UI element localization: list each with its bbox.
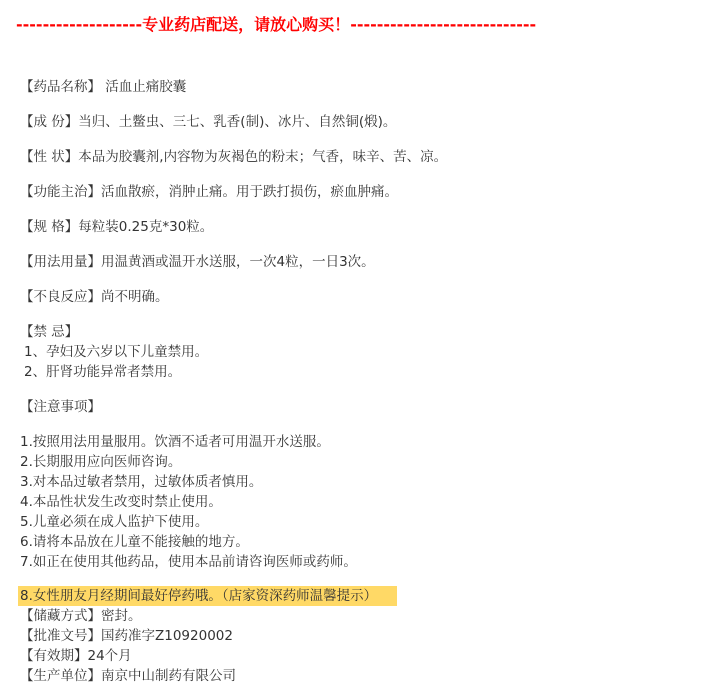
precaution-item: 1.按照用法用量服用。饮酒不适者可用温开水送服。 — [20, 432, 447, 452]
manufacturer-row: 【生产单位】南京中山制药有限公司 — [20, 666, 447, 684]
precaution-item: 3.对本品过敏者禁用，过敏体质者慎用。 — [20, 472, 447, 492]
adverse-value: 尚不明确。 — [101, 289, 169, 305]
ingredients-label: 【成 份】 — [20, 114, 78, 130]
precaution-item: 6.请将本品放在儿童不能接触的地方。 — [20, 532, 447, 552]
banner-left-dashes: ------------------- — [16, 15, 142, 34]
drug-name-row: 【药品名称】 活血止痛胶囊 — [20, 77, 447, 97]
manufacturer-label: 【生产单位】 — [20, 668, 101, 684]
approval-row: 【批准文号】国药准字Z10920002 — [20, 626, 447, 646]
properties-label: 【性 状】 — [20, 149, 78, 165]
validity-row: 【有效期】24个月 — [20, 646, 447, 666]
properties-row: 【性 状】本品为胶囊剂,内容物为灰褐色的粉末；气香，味辛、苦、凉。 — [20, 147, 447, 167]
dosage-row: 【用法用量】用温黄酒或温开水送服，一次4粒，一日3次。 — [20, 252, 447, 272]
drug-instructions: 【药品名称】 活血止痛胶囊 【成 份】当归、土鳖虫、三七、乳香(制)、冰片、自然… — [20, 77, 447, 684]
storage-row: 【储藏方式】密封。 — [20, 606, 447, 626]
specification-label: 【规 格】 — [20, 219, 78, 235]
precaution-item: 4.本品性状发生改变时禁止使用。 — [20, 492, 447, 512]
dosage-value: 用温黄酒或温开水送服，一次4粒，一日3次。 — [101, 254, 375, 270]
validity-value: 24个月 — [88, 648, 132, 664]
banner-text: 专业药店配送，请放心购买！ — [142, 15, 350, 34]
banner-right-dashes: ---------------------------- — [350, 15, 536, 34]
indications-row: 【功能主治】活血散瘀，消肿止痛。用于跌打损伤，瘀血肿痛。 — [20, 182, 447, 202]
contraindication-item: 2、肝肾功能异常者禁用。 — [20, 362, 447, 382]
precaution-item: 7.如正在使用其他药品，使用本品前请咨询医师或药师。 — [20, 552, 447, 572]
precaution-highlight: 8.女性朋友月经期间最好停药哦。（店家资深药师温馨提示） — [18, 586, 397, 606]
storage-value: 密封。 — [101, 608, 142, 624]
storage-label: 【储藏方式】 — [20, 608, 101, 624]
contraindication-item: 1、孕妇及六岁以下儿童禁用。 — [20, 342, 447, 362]
precaution-highlight-row: 8.女性朋友月经期间最好停药哦。（店家资深药师温馨提示） — [20, 586, 447, 606]
specification-row: 【规 格】每粒装0.25克*30粒。 — [20, 217, 447, 237]
specification-value: 每粒装0.25克*30粒。 — [78, 219, 213, 235]
ingredients-row: 【成 份】当归、土鳖虫、三七、乳香(制)、冰片、自然铜(煅)。 — [20, 112, 447, 132]
validity-label: 【有效期】 — [20, 648, 88, 664]
approval-label: 【批准文号】 — [20, 628, 101, 644]
indications-label: 【功能主治】 — [20, 184, 101, 200]
precaution-item: 5.儿童必须在成人监护下使用。 — [20, 512, 447, 532]
dosage-label: 【用法用量】 — [20, 254, 101, 270]
adverse-label: 【不良反应】 — [20, 289, 101, 305]
ingredients-value: 当归、土鳖虫、三七、乳香(制)、冰片、自然铜(煅)。 — [78, 114, 396, 130]
manufacturer-value: 南京中山制药有限公司 — [101, 668, 236, 684]
indications-value: 活血散瘀，消肿止痛。用于跌打损伤，瘀血肿痛。 — [101, 184, 398, 200]
drug-name-label: 【药品名称】 — [20, 79, 101, 95]
drug-name-value: 活血止痛胶囊 — [101, 79, 186, 95]
delivery-banner: -------------------专业药店配送，请放心购买！--------… — [16, 12, 536, 35]
contraindications-label: 【禁 忌】 — [20, 322, 447, 342]
precaution-item: 2.长期服用应向医师咨询。 — [20, 452, 447, 472]
approval-value: 国药准字Z10920002 — [101, 628, 233, 644]
adverse-row: 【不良反应】尚不明确。 — [20, 287, 447, 307]
properties-value: 本品为胶囊剂,内容物为灰褐色的粉末；气香，味辛、苦、凉。 — [78, 149, 447, 165]
precautions-label: 【注意事项】 — [20, 397, 447, 417]
